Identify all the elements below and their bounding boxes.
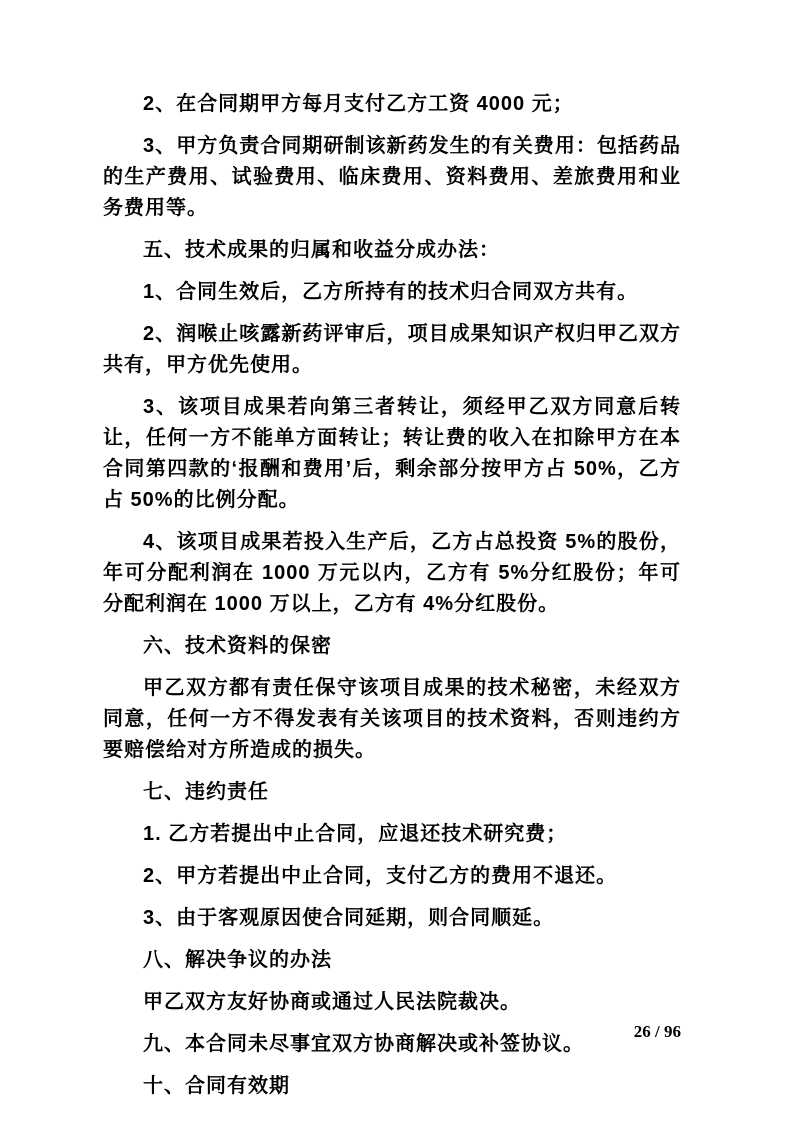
document-page: 2、在合同期甲方每月支付乙方工资 4000 元；3、甲方负责合同期研制该新药发生… <box>0 0 793 1122</box>
paragraph: 3、该项目成果若向第三者转让，须经甲乙双方同意后转让，任何一方不能单方面转让；转… <box>103 392 681 516</box>
paragraph: 五、技术成果的归属和收益分成办法： <box>103 235 681 266</box>
paragraph: 2、在合同期甲方每月支付乙方工资 4000 元； <box>103 89 681 120</box>
paragraph: 六、技术资料的保密 <box>103 631 681 662</box>
paragraph: 2、甲方若提出中止合同，支付乙方的费用不退还。 <box>103 861 681 892</box>
paragraph: 九、本合同未尽事宜双方协商解决或补签协议。 <box>103 1029 681 1060</box>
paragraph: 甲乙双方友好协商或通过人民法院裁决。 <box>103 987 681 1018</box>
paragraph: 十、合同有效期 <box>103 1071 681 1102</box>
paragraph: 3、由于客观原因使合同延期，则合同顺延。 <box>103 903 681 934</box>
paragraph: 甲乙双方都有责任保守该项目成果的技术秘密，未经双方同意，任何一方不得发表有关该项… <box>103 673 681 766</box>
contract-body: 2、在合同期甲方每月支付乙方工资 4000 元；3、甲方负责合同期研制该新药发生… <box>103 89 681 1113</box>
paragraph: 1. 乙方若提出中止合同，应退还技术研究费； <box>103 819 681 850</box>
paragraph: 七、违约责任 <box>103 777 681 808</box>
page-number: 26 / 96 <box>634 1022 681 1041</box>
paragraph: 4、该项目成果若投入生产后，乙方占总投资 5%的股份，年可分配利润在 1000 … <box>103 527 681 620</box>
paragraph: 八、解决争议的办法 <box>103 945 681 976</box>
paragraph: 3、甲方负责合同期研制该新药发生的有关费用：包括药品的生产费用、试验费用、临床费… <box>103 131 681 224</box>
paragraph: 1、合同生效后，乙方所持有的技术归合同双方共有。 <box>103 277 681 308</box>
paragraph: 2、润喉止咳露新药评审后，项目成果知识产权归甲乙双方共有，甲方优先使用。 <box>103 319 681 381</box>
page-footer: 26 / 96 <box>634 1022 681 1042</box>
